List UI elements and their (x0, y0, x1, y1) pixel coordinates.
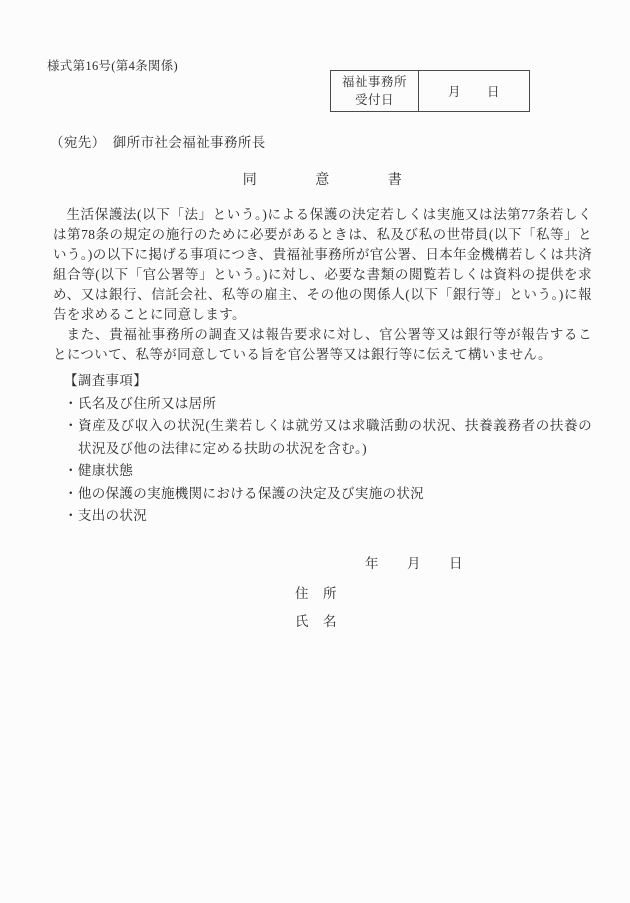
survey-items-section: 【調査事項】 ・氏名及び住所又は居所 ・資産及び収入の状況(生業若しくは就労又は… (64, 370, 592, 528)
document-page: 様式第16号(第4条関係) 福祉事務所 受付日 月 日 （宛先） 御所市社会福祉… (0, 0, 630, 903)
survey-item-assets-income: ・資産及び収入の状況(生業若しくは就労又は求職活動の状況、扶養義務者の扶養の状況… (64, 415, 592, 460)
signature-address-label: 住 所 (295, 582, 337, 602)
consent-body: 生活保護法(以下「法」という。)による保護の決定若しくは実施又は法第77条若しく… (53, 205, 592, 365)
welfare-office-label: 福祉事務所 (342, 73, 407, 91)
signature-date-line: 年 月 日 (365, 552, 463, 572)
survey-item-name-address: ・氏名及び住所又は居所 (64, 393, 592, 416)
survey-item-expenditure: ・支出の状況 (64, 505, 592, 528)
document-title: 同 意 書 (53, 169, 592, 189)
survey-item-other-agencies: ・他の保護の実施機関における保護の決定及び実施の状況 (64, 483, 592, 506)
receipt-table-label-cell: 福祉事務所 受付日 (331, 71, 419, 111)
survey-items-heading: 【調査事項】 (64, 370, 592, 393)
signature-name-label: 氏 名 (295, 610, 337, 630)
body-paragraph-1: 生活保護法(以下「法」という。)による保護の決定若しくは実施又は法第77条若しく… (53, 205, 592, 325)
survey-item-health: ・健康状態 (64, 460, 592, 483)
addressee-line: （宛先） 御所市社会福祉事務所長 (50, 131, 266, 151)
form-number: 様式第16号(第4条関係) (47, 56, 178, 74)
received-date-label: 受付日 (355, 91, 394, 109)
survey-items-list: ・氏名及び住所又は居所 ・資産及び収入の状況(生業若しくは就労又は求職活動の状況… (64, 393, 592, 528)
receipt-date-value-cell: 月 日 (419, 71, 529, 111)
receipt-date-table: 福祉事務所 受付日 月 日 (330, 70, 530, 112)
body-paragraph-2: また、貴福祉事務所の調査又は報告要求に対し、官公署等又は銀行等が報告することにつ… (53, 325, 592, 365)
